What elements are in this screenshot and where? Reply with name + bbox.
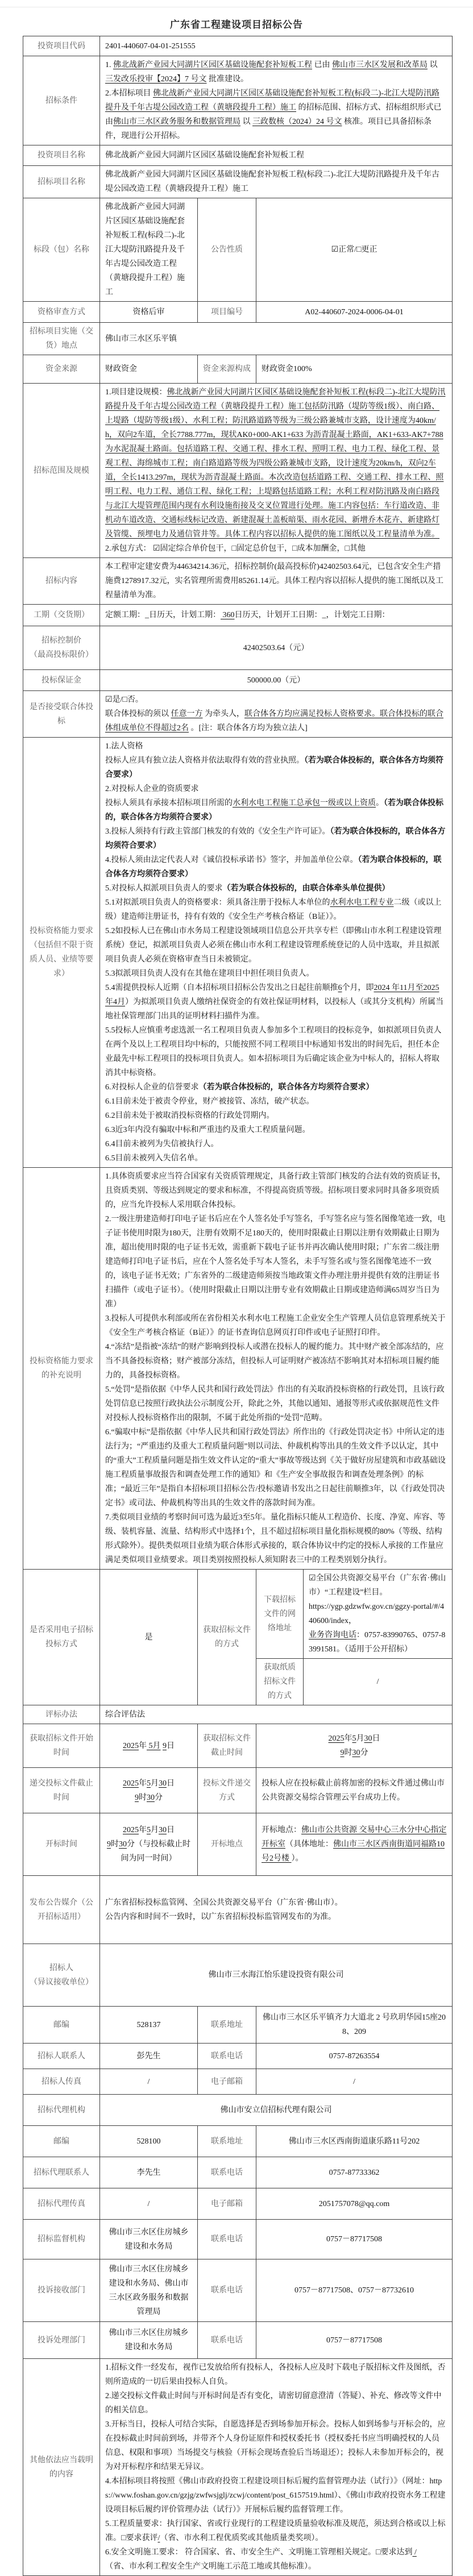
row-tenderer-fax: 招标人传真/电子邮箱/ [23,2069,453,2095]
row-evaluation-method-label: 评标办法 [23,1705,100,1724]
row-other-required-content-value: 1.招标文件一经发布，视作已发放给所有投标人，各投标人应及时下载电子版招标文件及… [100,2359,453,2576]
row-tender-content-label: 招标内容 [23,558,100,605]
fund-composition-value: 财政资金100% [256,355,453,384]
complaint-receiving-phone-value: 0757－87717508、0757－87732610 [256,2259,453,2322]
row-supervision-authority: 招标监督机构佛山市三水区住房城乡建设和水务局联系电话0757－87717508 [23,2220,453,2259]
row-other-required-content-label: 其他依法应当载明的内容 [23,2359,100,2576]
complaint-handling-phone-value: 0757－87717508 [256,2322,453,2359]
row-other-required-content: 其他依法应当载明的内容1.招标文件一经发布，视作已发放给所有投标人，各投标人应及… [23,2359,453,2576]
row-agency-contact-label: 招标代理联系人 [23,2157,100,2188]
row-agency-postcode: 邮编528100联系地址佛山市三水区西南街道康乐路11号202 [23,2126,453,2157]
agency-postcode-value: 528100 [100,2126,198,2157]
qualification-review-value: 资格后审 [100,302,198,323]
row-bid-opening: 开标时间2025年5月30日9时30分（与投标截止时间为同一时间）开标地点开标地… [23,1813,453,1876]
row-fund-source: 资金来源财政资金资金来源构成财政资金100% [23,355,453,384]
download-url-label: 下载招标文件的网络地址 [256,1570,304,1659]
complaint-handling-phone-label: 联系电话 [198,2322,256,2359]
row-bidder-qualification-requirements: 投标资格能力要求（包括但不限于资质人员、业绩等要求）1.法人资格投标人应具有独立… [23,738,453,1168]
row-agency-fax-label: 招标代理传真 [23,2188,100,2220]
row-tender-content-value: 本工程审定建安费为44634214.36元，招标控制价(最高投标价)424025… [100,558,453,605]
complaint-receiving-dept-value: 佛山市三水区住房城乡建设和水务局、佛山市三水区政务服务和数据管理局 [100,2259,198,2322]
announcement-table: 投资项目代码2401-440607-04-01-251555招标条件1. 佛北战… [23,36,453,2576]
row-tender-scope-scale: 招标范围及规模1.项目建设规模：佛北战新产业园大同湖片区园区基础设施配套补短板工… [23,384,453,558]
row-qualification-review: 资格审查方式资格后审项目编号A02-440607-2024-0006-04-01 [23,302,453,323]
row-agency-contact: 招标代理联系人李先生联系电话0757-87733362 [23,2157,453,2188]
row-tender-project-name-value: 佛北战新产业园大同湖片区园区基础设施配套补短板工程(标段二)-北江大堤防汛路提升… [100,166,453,198]
row-investment-project-name: 投资项目名称佛北战新产业园大同湖片区园区基础设施配套补短板工程 [23,145,453,166]
doc-obtain-start-value: 2025年 5月 9日 [100,1724,198,1768]
row-investment-project-code: 投资项目代码2401-440607-04-01-251555 [23,36,453,56]
row-bid-bond-label: 投标保证金 [23,670,100,691]
fund-source-value: 财政资金 [100,355,198,384]
tenderer-phone-label: 联系电话 [198,2044,256,2069]
paper-documents-method-value: / [304,1659,453,1705]
row-qualification-supplementary-notes-label: 投标资格能力要求的补充说明 [23,1168,100,1570]
row-tenderer-postcode: 邮编528137联系地址佛山市三水区乐平镇齐力大道北 2 号玖玥华园15座208… [23,2007,453,2044]
row-evaluation-method-value: 综合评估法 [100,1705,453,1724]
bid-submission-deadline-value: 2025年5月30日9时30分 [100,1768,198,1813]
row-tender-control-price: 招标控制价（最高投标限价）42402503.64（元） [23,626,453,670]
tenderer-phone-value: 0757-87263554 [256,2044,453,2069]
announcement-table-body: 投资项目代码2401-440607-04-01-251555招标条件1. 佛北战… [23,36,453,2576]
tenderer-postcode-value: 528137 [100,2007,198,2044]
supervision-phone-label: 联系电话 [198,2220,256,2259]
row-construction-period: 工期（交货期）定额工期：_日历天，计划工期： 360日历天，计划开工日期：_，计… [23,605,453,626]
row-tender-agency-label: 招标代理机构 [23,2095,100,2126]
row-evaluation-method: 评标办法综合评估法 [23,1705,453,1724]
row-qualification-supplementary-notes: 投标资格能力要求的补充说明1.具体资质要求应当符合国家有关资质管理规定，具备行政… [23,1168,453,1570]
row-announcement-media-label: 发布公告媒介（公开招标适用） [23,1876,100,1944]
row-tender-content: 招标内容本工程审定建安费为44634214.36元，招标控制价(最高投标价)42… [23,558,453,605]
row-consortium-bidding: 是否接受联合体投标☑是/□否。联合体投标的须以 任意一方 为牵头人，联合体各方均… [23,691,453,738]
row-complaint-handling-label: 投诉处理部门 [23,2322,100,2359]
row-electronic-bidding-label: 是否采用电子招标投标方式 [23,1570,100,1705]
row-agency-postcode-label: 邮编 [23,2126,100,2157]
row-investment-project-name-value: 佛北战新产业园大同湖片区园区基础设施配套补短板工程 [100,145,453,166]
agency-fax-value: / [100,2188,198,2220]
row-tender-conditions: 招标条件1. 佛北战新产业园大同湖片区园区基础设施配套补短板工程 已由 佛山市三… [23,56,453,145]
agency-address-value: 佛山市三水区西南街道康乐路11号202 [256,2126,453,2157]
complaint-receiving-phone-label: 联系电话 [198,2259,256,2322]
bid-opening-place-label: 开标地点 [198,1813,256,1876]
row-tender-agency: 招标代理机构佛山市安立信招标代理有限公司 [23,2095,453,2126]
row-tenderer-label: 招标人（异议接收单位） [23,1944,100,2007]
row-implementation-location-label: 招标项目实施（交货）地点 [23,323,100,355]
row-implementation-location: 招标项目实施（交货）地点佛山市三水区乐平镇 [23,323,453,355]
row-announcement-media: 发布公告媒介（公开招标适用）广东省招标投标监管网、全国公共资源交易平台（广东省·… [23,1876,453,1944]
tenderer-email-value: / [256,2069,453,2095]
section-package-name-value: 佛北战新产业园大同湖片区园区基础设施配套补短板工程(标段二)-北江大堤防汛路提升… [100,198,198,302]
row-complaint-receiving-label: 投诉接收部门 [23,2259,100,2322]
agency-phone-value: 0757-87733362 [256,2157,453,2188]
row-tender-project-name: 招标项目名称佛北战新产业园大同湖片区园区基础设施配套补短板工程(标段二)-北江大… [23,166,453,198]
row-qualification-supplementary-notes-value: 1.具体资质要求应当符合国家有关资质管理规定，具备行政主管部门核发的合法有效的资… [100,1168,453,1570]
row-tender-conditions-value: 1. 佛北战新产业园大同湖片区园区基础设施配套补短板工程 已由 佛山市三水区发展… [100,56,453,145]
row-complaint-receiving: 投诉接收部门佛山市三水区住房城乡建设和水务局、佛山市三水区政务服务和数据管理局联… [23,2259,453,2322]
row-fund-source-label: 资金来源 [23,355,100,384]
row-section-package-name-label: 标段（包）名称 [23,198,100,302]
row-section-package-name: 标段（包）名称佛北战新产业园大同湖片区园区基础设施配套补短板工程(标段二)-北江… [23,198,453,302]
row-bid-submission-label: 递交投标文件截止时间 [23,1768,100,1813]
page-title: 广东省工程建设项目招标公告 [0,16,473,31]
agency-contact-value: 李先生 [100,2157,198,2188]
row-tender-conditions-label: 招标条件 [23,56,100,145]
announcement-nature-value: ☑正常/□更正 [256,198,453,302]
bid-submission-method-label: 投标文件递交方式 [198,1768,256,1813]
project-number-value: A02-440607-2024-0006-04-01 [256,302,453,323]
row-consortium-bidding-value: ☑是/□否。联合体投标的须以 任意一方 为牵头人，联合体各方均应满足投标人资格要… [100,691,453,738]
row-tenderer-fax-label: 招标人传真 [23,2069,100,2095]
row-tender-agency-value: 佛山市安立信招标代理有限公司 [100,2095,453,2126]
obtain-documents-method-label: 获取招标文件的方式 [198,1570,256,1705]
row-tender-scope-scale-value: 1.项目建设规模：佛北战新产业园大同湖片区园区基础设施配套补短板工程(标段二)-… [100,384,453,558]
row-investment-project-name-label: 投资项目名称 [23,145,100,166]
agency-phone-label: 联系电话 [198,2157,256,2188]
fund-composition-label: 资金来源构成 [198,355,256,384]
row-tender-scope-scale-label: 招标范围及规模 [23,384,100,558]
row-construction-period-label: 工期（交货期） [23,605,100,626]
row-tenderer: 招标人（异议接收单位）佛山市三水海江怡乐建设投资有限公司 [23,1944,453,2007]
row-bid-opening-label: 开标时间 [23,1813,100,1876]
row-bidder-qualification-requirements-label: 投标资格能力要求（包括但不限于资质人员、业绩等要求） [23,738,100,1168]
doc-obtain-deadline-label: 获取招标文件截止时间 [198,1724,256,1768]
row-tender-control-price-value: 42402503.64（元） [100,626,453,670]
row-electronic-bidding: 是否采用电子招标投标方式是获取招标文件的方式下载招标文件的网络地址☑全国公共资源… [23,1570,453,1659]
tenderer-contact-value: 彭先生 [100,2044,198,2069]
doc-obtain-deadline-value: 2025年5月30日9时30分 [256,1724,453,1768]
electronic-bidding-value: 是 [100,1570,198,1705]
row-tenderer-contact: 招标人联系人彭先生联系电话0757-87263554 [23,2044,453,2069]
row-investment-project-code-value: 2401-440607-04-01-251555 [100,36,453,56]
agency-address-label: 联系地址 [198,2126,256,2157]
tenderer-address-label: 联系地址 [198,2007,256,2044]
row-agency-fax: 招标代理传真/电子邮箱2051757078@qq.com [23,2188,453,2220]
row-doc-obtain-time-label: 获取招标文件开始时间 [23,1724,100,1768]
row-investment-project-code-label: 投资项目代码 [23,36,100,56]
row-bidder-qualification-requirements-value: 1.法人资格投标人应具有独立法人资格并依法取得有效的营业执照。（若为联合体投标的… [100,738,453,1168]
row-tender-control-price-label: 招标控制价（最高投标限价） [23,626,100,670]
row-implementation-location-value: 佛山市三水区乐平镇 [100,323,453,355]
row-bid-bond: 投标保证金500000.00（元） [23,670,453,691]
row-doc-obtain-time: 获取招标文件开始时间2025年 5月 9日获取招标文件截止时间2025年5月30… [23,1724,453,1768]
row-bid-bond-value: 500000.00（元） [100,670,453,691]
row-bid-submission: 递交投标文件截止时间2025年5月30日9时30分投标文件递交方式投标人应在投标… [23,1768,453,1813]
supervision-phone-value: 0757－87717508 [256,2220,453,2259]
top-divider [0,7,473,7]
row-supervision-authority-label: 招标监督机构 [23,2220,100,2259]
row-tenderer-value: 佛山市三水海江怡乐建设投资有限公司 [100,1944,453,2007]
row-construction-period-value: 定额工期：_日历天，计划工期： 360日历天，计划开工日期：_，计划完工日期： [100,605,453,626]
download-url-value: ☑全国公共资源交易平台（广东省·佛山市）“工程建设”栏目。https://ygp… [304,1570,453,1659]
agency-email-label: 电子邮箱 [198,2188,256,2220]
agency-email-value: 2051757078@qq.com [256,2188,453,2220]
row-consortium-bidding-label: 是否接受联合体投标 [23,691,100,738]
row-announcement-media-value: 广东省招标投标监管网、全国公共资源交易平台（广东省·佛山市）。公告内容和时间不一… [100,1876,453,1944]
announcement-nature-label: 公告性质 [198,198,256,302]
row-tenderer-postcode-label: 邮编 [23,2007,100,2044]
tenderer-email-label: 电子邮箱 [198,2069,256,2095]
supervision-authority-value: 佛山市三水区住房城乡建设和水务局 [100,2220,198,2259]
row-qualification-review-label: 资格审查方式 [23,302,100,323]
complaint-handling-dept-value: 佛山市三水区住房城乡建设和水务局 [100,2322,198,2359]
paper-documents-method-label: 获取纸质招标文件的方式 [256,1659,304,1705]
bid-submission-method-value: 投标人应在投标截止前将加密的投标文件通过佛山市公共资源交易综合管理云平台成功上传… [256,1768,453,1813]
bid-opening-time-value: 2025年5月30日9时30分（与投标截止时间为同一时间） [100,1813,198,1876]
project-number-label: 项目编号 [198,302,256,323]
row-complaint-handling: 投诉处理部门佛山市三水区住房城乡建设和水务局联系电话0757－87717508 [23,2322,453,2359]
row-tenderer-contact-label: 招标人联系人 [23,2044,100,2069]
bid-opening-place-value: 开标地点：佛山市公共资源 交易中心三水分中心指定开标室（具体地址：佛山市三水区西… [256,1813,453,1876]
tenderer-address-value: 佛山市三水区乐平镇齐力大道北 2 号玖玥华园15座208、209 [256,2007,453,2044]
tenderer-fax-value: / [100,2069,198,2095]
row-tender-project-name-label: 招标项目名称 [23,166,100,198]
